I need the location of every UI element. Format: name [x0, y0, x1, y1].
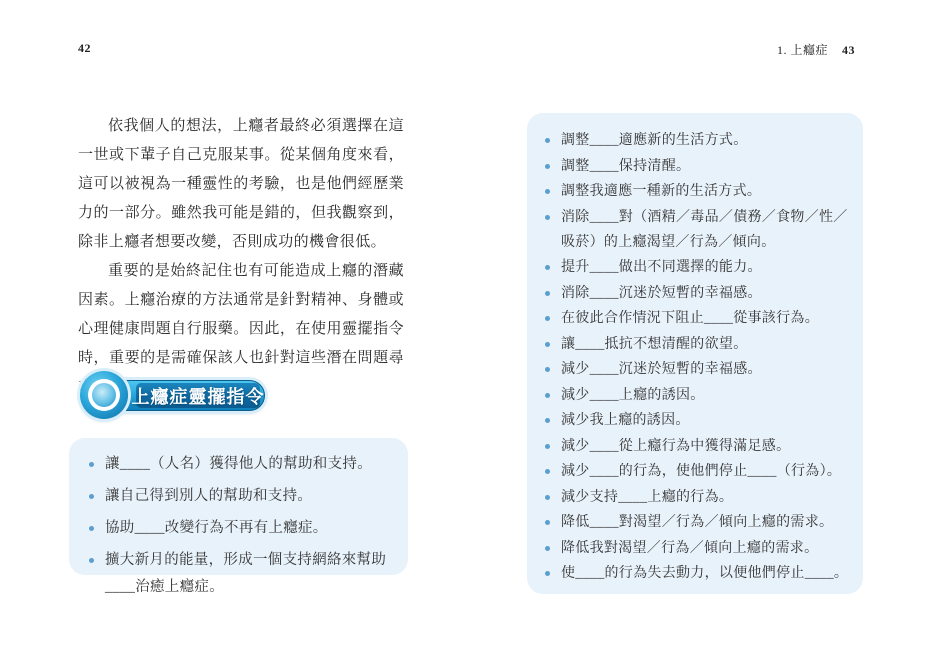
pendulum-badge: 上癮症靈擺指令 — [80, 369, 260, 421]
bullet-icon — [545, 571, 550, 576]
list-item-text: 減少____從上癮行為中獲得滿足感。 — [561, 434, 790, 459]
list-item-text: 擴大新月的能量，形成一個支持網絡來幫助____治癒上癮症。 — [105, 547, 392, 601]
bullet-icon — [545, 393, 550, 398]
list-item: 降低____對渴望／行為／傾向上癮的需求。 — [545, 510, 851, 535]
list-item-text: 降低____對渴望／行為／傾向上癮的需求。 — [561, 510, 833, 535]
list-item-text: 讓____（人名）獲得他人的幫助和支持。 — [105, 451, 372, 478]
badge-label: 上癮症靈擺指令 — [132, 383, 265, 409]
bullet-icon — [545, 418, 550, 423]
list-item: 減少____的行為，使他們停止____（行為）。 — [545, 459, 851, 484]
bullet-icon — [545, 342, 550, 347]
list-item-text: 減少____的行為，使他們停止____（行為）。 — [561, 459, 841, 484]
chapter-label: 1. 上癮症 — [777, 41, 828, 58]
bullet-icon — [545, 316, 550, 321]
list-item: 減少____上癮的誘因。 — [545, 383, 851, 408]
list-item: 減少____沉迷於短暫的幸福感。 — [545, 357, 851, 382]
list-item: 消除____沉迷於短暫的幸福感。 — [545, 281, 851, 306]
list-item: 減少____從上癮行為中獲得滿足感。 — [545, 434, 851, 459]
list-item-text: 調整我適應一種新的生活方式。 — [561, 179, 761, 204]
list-item-text: 減少____沉迷於短暫的幸福感。 — [561, 357, 762, 382]
list-item: 在彼此合作情況下阻止____從事該行為。 — [545, 306, 851, 331]
list-item-text: 減少支持____上癮的行為。 — [561, 485, 733, 510]
list-item-text: 提升____做出不同選擇的能力。 — [561, 255, 762, 280]
list-item: 降低我對渴望／行為／傾向上癮的需求。 — [545, 536, 851, 561]
bullet-icon — [89, 558, 94, 563]
list-item: 調整____保持清醒。 — [545, 154, 851, 179]
list-item-text: 使____的行為失去動力，以便他們停止____。 — [561, 561, 848, 586]
list-item-text: 讓自己得到別人的幫助和支持。 — [105, 483, 312, 510]
ring-core — [92, 383, 116, 407]
bullet-icon — [545, 520, 550, 525]
list-item: 協助____改變行為不再有上癮症。 — [89, 515, 392, 542]
paragraph: 依我個人的想法，上癮者最終必須選擇在這一世或下輩子自己克服某事。從某個角度來看，… — [78, 112, 404, 257]
bullet-icon — [545, 469, 550, 474]
command-box-left: 讓____（人名）獲得他人的幫助和支持。 讓自己得到別人的幫助和支持。 協助__… — [69, 438, 408, 575]
list-item-text: 消除____沉迷於短暫的幸福感。 — [561, 281, 762, 306]
page-number-left: 42 — [78, 41, 91, 56]
bullet-icon — [89, 494, 94, 499]
bullet-icon — [545, 444, 550, 449]
bullet-icon — [89, 526, 94, 531]
command-list: 讓____（人名）獲得他人的幫助和支持。 讓自己得到別人的幫助和支持。 協助__… — [89, 451, 392, 601]
command-box-right: 調整____適應新的生活方式。 調整____保持清醒。 調整我適應一種新的生活方… — [527, 113, 863, 594]
list-item-text: 在彼此合作情況下阻止____從事該行為。 — [561, 306, 819, 331]
bullet-icon — [545, 367, 550, 372]
list-item: 提升____做出不同選擇的能力。 — [545, 255, 851, 280]
list-item: 減少我上癮的誘因。 — [545, 408, 851, 433]
list-item: 讓____（人名）獲得他人的幫助和支持。 — [89, 451, 392, 478]
list-item: 使____的行為失去動力，以便他們停止____。 — [545, 561, 851, 586]
page-number-right: 43 — [842, 43, 855, 58]
list-item: 調整我適應一種新的生活方式。 — [545, 179, 851, 204]
bullet-icon — [545, 495, 550, 500]
command-list: 調整____適應新的生活方式。 調整____保持清醒。 調整我適應一種新的生活方… — [545, 128, 851, 586]
badge-pill-inner: 上癮症靈擺指令 — [136, 383, 260, 408]
list-item-text: 降低我對渴望／行為／傾向上癮的需求。 — [561, 536, 818, 561]
bullet-icon — [89, 462, 94, 467]
list-item: 消除____對（酒精／毒品／債務／食物／性／吸菸）的上癮渴望／行為／傾向。 — [545, 205, 851, 255]
pendulum-ring-icon — [80, 371, 128, 419]
bullet-icon — [545, 189, 550, 194]
bullet-icon — [545, 265, 550, 270]
list-item-text: 減少____上癮的誘因。 — [561, 383, 705, 408]
body-text: 依我個人的想法，上癮者最終必須選擇在這一世或下輩子自己克服某事。從某個角度來看，… — [78, 112, 404, 402]
list-item: 調整____適應新的生活方式。 — [545, 128, 851, 153]
list-item-text: 調整____適應新的生活方式。 — [561, 128, 748, 153]
list-item-text: 協助____改變行為不再有上癮症。 — [105, 515, 328, 542]
list-item-text: 調整____保持清醒。 — [561, 154, 690, 179]
list-item-text: 消除____對（酒精／毒品／債務／食物／性／吸菸）的上癮渴望／行為／傾向。 — [561, 205, 851, 255]
bullet-icon — [545, 291, 550, 296]
bullet-icon — [545, 546, 550, 551]
list-item-text: 減少我上癮的誘因。 — [561, 408, 690, 433]
ring-mid — [88, 379, 120, 411]
bullet-icon — [545, 164, 550, 169]
list-item-text: 讓____抵抗不想清醒的欲望。 — [561, 332, 748, 357]
running-head: 1. 上癮症 43 — [777, 41, 855, 58]
list-item: 讓自己得到別人的幫助和支持。 — [89, 483, 392, 510]
list-item: 讓____抵抗不想清醒的欲望。 — [545, 332, 851, 357]
bullet-icon — [545, 138, 550, 143]
list-item: 減少支持____上癮的行為。 — [545, 485, 851, 510]
list-item: 擴大新月的能量，形成一個支持網絡來幫助____治癒上癮症。 — [89, 547, 392, 601]
bullet-icon — [545, 215, 550, 220]
